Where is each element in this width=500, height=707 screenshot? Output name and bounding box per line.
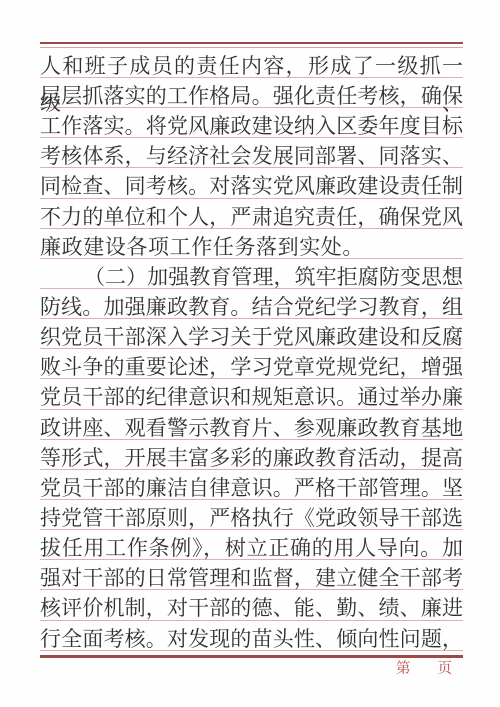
text-line: 拔任用工作条例》，树立正确的用人导向。加 [40,530,463,560]
footer-rule-dark [40,655,463,658]
text-line: 持党管干部原则，严格执行《党政领导干部选 [40,500,463,530]
text-line: 党员干部的廉洁自律意识。严格干部管理。坚 [40,470,463,500]
text-block: 人和班子成员的责任内容，形成了一级抓一级、层层抓落实的工作格局。强化责任考核，确… [40,48,463,651]
text-line: 考核体系，与经济社会发展同部署、同落实、 [40,138,463,168]
header-rule-dark [40,42,463,44]
text-line: 等形式，开展丰富多彩的廉政教育活动，提高 [40,440,463,470]
text-line: 行全面考核。对发现的苗头性、倾向性问题， [40,621,463,651]
text-line: 政讲座、观看警示教育片、参观廉政教育基地 [40,410,463,440]
text-line: 防线。加强廉政教育。结合党纪学习教育，组 [40,289,463,319]
text-line: 廉政建设各项工作任务落到实处。 [40,229,463,259]
document-page: 人和班子成员的责任内容，形成了一级抓一级、层层抓落实的工作格局。强化责任考核，确… [0,0,500,707]
text-line: 不力的单位和个人，严肃追究责任，确保党风 [40,199,463,229]
text-line: 党员干部的纪律意识和规矩意识。通过举办廉 [40,379,463,409]
text-line: 强对干部的日常管理和监督，建立健全干部考 [40,560,463,590]
text-line: 织党员干部深入学习关于党风廉政建设和反腐 [40,319,463,349]
page-footer: 第 页 [396,661,452,678]
footer-page-prefix: 第 [396,661,411,678]
text-line: 同检查、同考核。对落实党风廉政建设责任制 [40,168,463,198]
text-line: 工作落实。将党风廉政建设纳入区委年度目标 [40,108,463,138]
text-line: 人和班子成员的责任内容，形成了一级抓一级、 [40,48,463,78]
text-line: 层层抓落实的工作格局。强化责任考核，确保 [40,78,463,108]
text-line: （二）加强教育管理，筑牢拒腐防变思想 [40,259,463,289]
text-line: 败斗争的重要论述，学习党章党规党纪，增强 [40,349,463,379]
text-line: 核评价机制，对干部的德、能、勤、绩、廉进 [40,590,463,620]
footer-page-suffix: 页 [438,661,453,678]
